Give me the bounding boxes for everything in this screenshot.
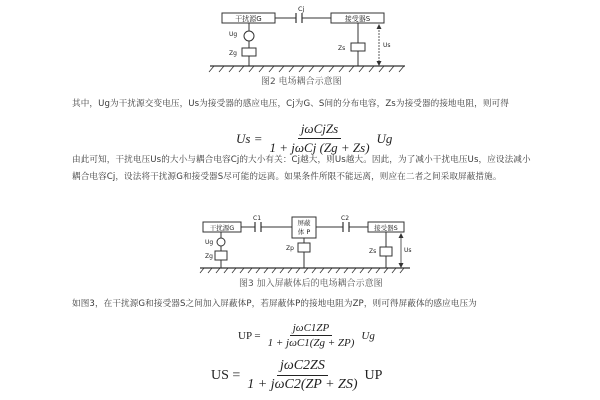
zg-impedance — [242, 48, 256, 56]
voltage-source-icon — [244, 31, 254, 41]
formula-up-denominator: 1 + jωC1(Zg + ZP) — [265, 336, 358, 349]
receiver-label: 接受器S — [345, 14, 371, 23]
zg-impedance — [215, 251, 227, 260]
zs-label: Zs — [338, 45, 345, 52]
shield-label-line2: 体 P — [298, 227, 311, 236]
paragraph-2: 由此可知，干扰电压Us的大小与耦合电容Cj的大小有关：Cj越大，则Us越大。因此… — [72, 152, 534, 186]
ground-hatch — [200, 268, 404, 273]
formula-us-shielded-lhs: US = — [211, 368, 240, 384]
formula-up: UP = jωC1ZP 1 + jωC1(Zg + ZP) Ug — [238, 322, 375, 349]
formula-us-fraction: jωCjZs 1 + jωCj (Zg + Zs) — [266, 121, 372, 156]
zg-label: Zg — [229, 50, 237, 57]
zs-impedance — [351, 43, 365, 51]
formula-us-shielded-denominator: 1 + jωC2(ZP + ZS) — [244, 376, 360, 393]
voltage-source-icon — [217, 238, 225, 246]
c2-label: C2 — [341, 215, 349, 222]
formula-us-shielded-rhs: UP — [365, 368, 383, 384]
ug-label: Ug — [229, 31, 237, 38]
formula-us-rhs: Ug — [377, 131, 393, 147]
paragraph-1: 其中，Ug为干扰源交变电压，Us为接受器的感应电压，Cj为G、S间的分布电容，Z… — [72, 96, 542, 113]
formula-us-lhs: Us = — [236, 131, 262, 147]
zg-label: Zg — [205, 253, 213, 260]
figure-2-caption: 图2 电场耦合示意图 — [261, 74, 342, 87]
capacitor-cj-label: Cj — [298, 5, 305, 13]
zp-impedance — [298, 243, 310, 252]
ug-label: Ug — [205, 239, 213, 246]
zs-impedance — [380, 247, 392, 256]
formula-up-rhs: Ug — [361, 330, 374, 342]
formula-us-shielded-fraction: jωC2ZS 1 + jωC2(ZP + ZS) — [244, 358, 360, 393]
figure-3-diagram: 干扰源G C1 屏蔽 体 P C2 接受器S Ug Zg Zp — [198, 210, 412, 276]
zs-label: Zs — [369, 248, 376, 255]
formula-up-fraction: jωC1ZP 1 + jωC1(Zg + ZP) — [265, 322, 358, 349]
formula-us: Us = jωCjZs 1 + jωCj (Zg + Zs) Ug — [236, 121, 392, 156]
formula-us-shielded: US = jωC2ZS 1 + jωC2(ZP + ZS) UP — [211, 358, 382, 393]
formula-us-shielded-numerator: jωC2ZS — [277, 358, 328, 376]
us-label: Us — [404, 247, 412, 254]
ground-hatch — [209, 66, 404, 72]
c1-label: C1 — [253, 215, 261, 222]
formula-up-numerator: jωC1ZP — [290, 322, 333, 336]
formula-up-lhs: UP = — [238, 330, 261, 342]
receiver-label: 接受器S — [374, 223, 398, 232]
zp-label: Zp — [286, 245, 294, 252]
formula-us-numerator: jωCjZs — [298, 121, 341, 139]
source-label: 干扰源G — [235, 14, 261, 23]
figure-3-caption: 图3 加入屏蔽体后的电场耦合示意图 — [239, 276, 383, 289]
paragraph-3: 如图3，在干扰源G和接受器S之间加入屏蔽体P，若屏蔽体P的接地电阻为ZP，则可得… — [72, 296, 542, 313]
shield-label-line1: 屏蔽 — [298, 218, 312, 227]
figure-2-diagram: 干扰源G Cj 接受器S Ug Zg Zs Us — [205, 4, 410, 74]
source-label: 干扰源G — [210, 223, 235, 232]
us-label: Us — [383, 42, 391, 49]
